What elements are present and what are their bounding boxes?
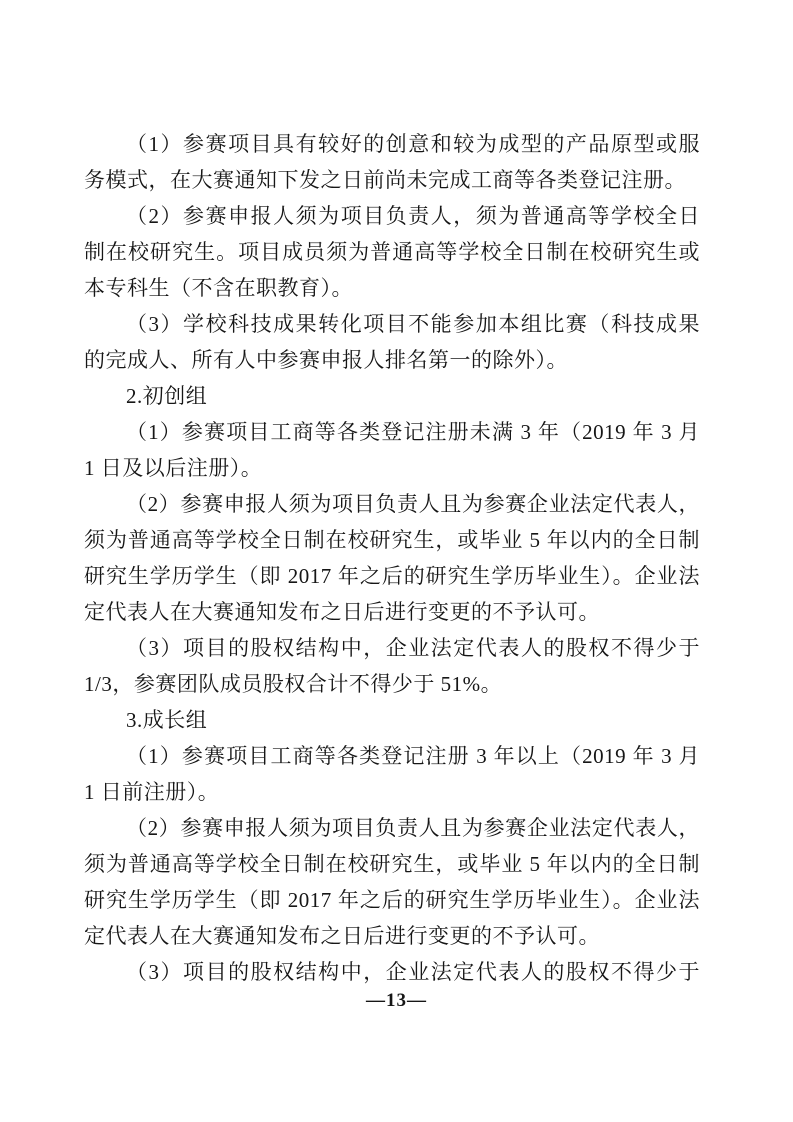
text-line-24: （3）项目的股权结构中，企业法定代表人的股权不得少于 [84, 954, 700, 990]
document-body: （1）参赛项目具有较好的创意和较为成型的产品原型或服务模式，在大赛通知下发之日前… [84, 126, 700, 990]
text-line-21: 须为普通高等学校全日制在校研究生，或毕业 5 年以内的全日制 [84, 846, 700, 882]
text-line-17: 3.成长组 [84, 702, 700, 738]
text-line-2: 务模式，在大赛通知下发之日前尚未完成工商等各类登记注册。 [84, 162, 700, 198]
text-line-13: 研究生学历学生（即 2017 年之后的研究生学历毕业生）。企业法 [84, 558, 700, 594]
text-line-1: （1）参赛项目具有较好的创意和较为成型的产品原型或服 [84, 126, 700, 162]
text-line-8: 2.初创组 [84, 378, 700, 414]
page-footer: —13— [0, 990, 793, 1012]
text-line-4: 制在校研究生。项目成员须为普通高等学校全日制在校研究生或 [84, 234, 700, 270]
text-line-3: （2）参赛申报人须为项目负责人，须为普通高等学校全日 [84, 198, 700, 234]
document-page: （1）参赛项目具有较好的创意和较为成型的产品原型或服务模式，在大赛通知下发之日前… [0, 0, 793, 1122]
text-line-10: 1 日及以后注册）。 [84, 450, 700, 486]
text-line-7: 的完成人、所有人中参赛申报人排名第一的除外）。 [84, 342, 700, 378]
text-line-16: 1/3，参赛团队成员股权合计不得少于 51%。 [84, 666, 700, 702]
text-line-11: （2）参赛申报人须为项目负责人且为参赛企业法定代表人， [84, 486, 700, 522]
text-line-9: （1）参赛项目工商等各类登记注册未满 3 年（2019 年 3 月 [84, 414, 700, 450]
text-line-22: 研究生学历学生（即 2017 年之后的研究生学历毕业生）。企业法 [84, 882, 700, 918]
text-line-5: 本专科生（不含在职教育）。 [84, 270, 700, 306]
text-line-20: （2）参赛申报人须为项目负责人且为参赛企业法定代表人， [84, 810, 700, 846]
text-line-15: （3）项目的股权结构中，企业法定代表人的股权不得少于 [84, 630, 700, 666]
text-line-23: 定代表人在大赛通知发布之日后进行变更的不予认可。 [84, 918, 700, 954]
page-number: —13— [366, 990, 427, 1011]
text-line-14: 定代表人在大赛通知发布之日后进行变更的不予认可。 [84, 594, 700, 630]
text-line-18: （1）参赛项目工商等各类登记注册 3 年以上（2019 年 3 月 [84, 738, 700, 774]
text-line-6: （3）学校科技成果转化项目不能参加本组比赛（科技成果 [84, 306, 700, 342]
text-line-19: 1 日前注册）。 [84, 774, 700, 810]
text-line-12: 须为普通高等学校全日制在校研究生，或毕业 5 年以内的全日制 [84, 522, 700, 558]
